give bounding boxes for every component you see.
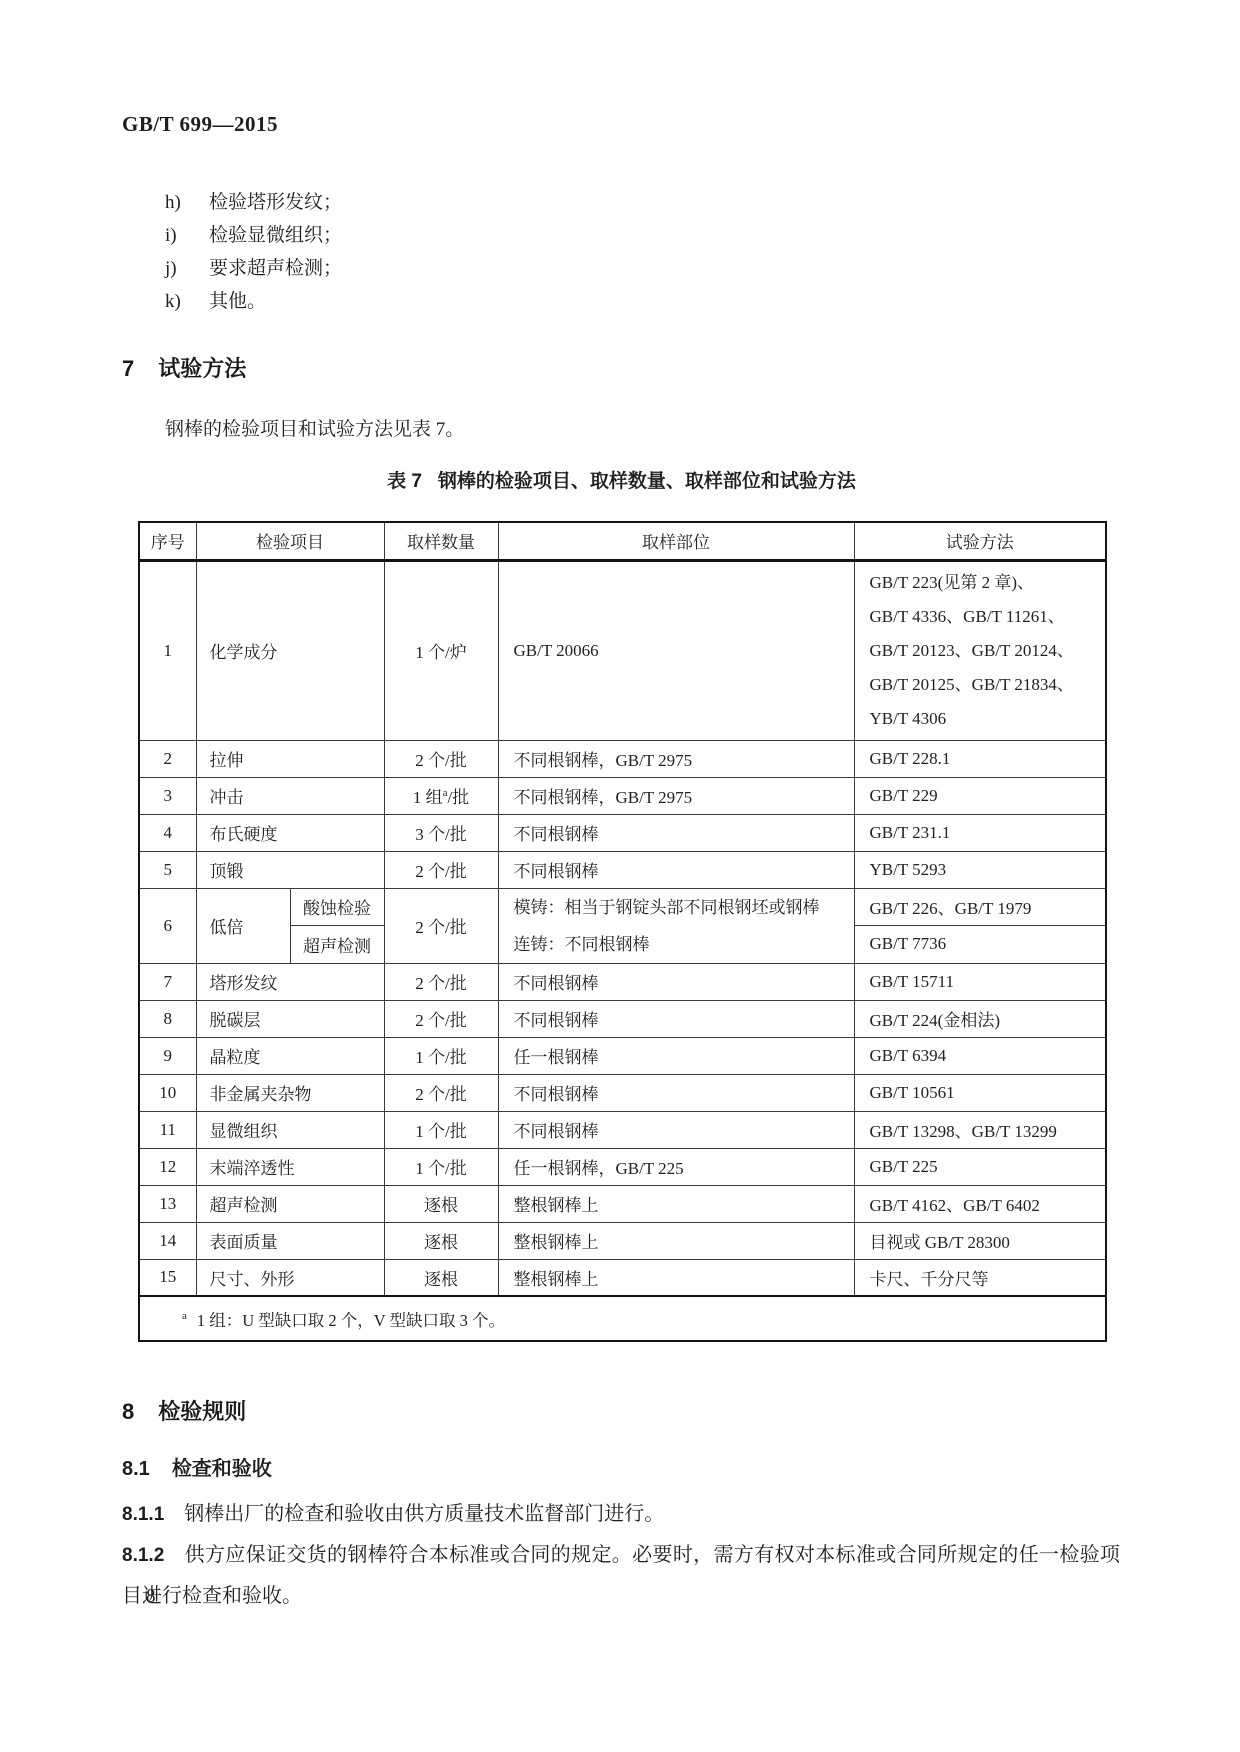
method-cell: GB/T 224(金相法) <box>854 1000 1106 1037</box>
qty-cell: 2 个/批 <box>384 1074 498 1111</box>
section-7-heading: 7试验方法 <box>122 352 246 383</box>
table-row: 6低倍酸蚀检验2 个/批模铸：相当于钢锭头部不同根钢坯或钢棒连铸：不同根钢棒GB… <box>139 888 1106 926</box>
section-8-1-heading: 8.1检查和验收 <box>122 1452 272 1481</box>
item-cell: 尺寸、外形 <box>196 1259 384 1296</box>
subitem-cell: 超声检测 <box>290 926 384 964</box>
standard-number: GB/T 699—2015 <box>122 112 278 137</box>
location-cell: 不同根钢棒 <box>498 814 854 851</box>
section-7-paragraph: 钢棒的检验项目和试验方法见表 7。 <box>165 414 464 441</box>
table-row: 12末端淬透性1 个/批任一根钢棒，GB/T 225GB/T 225 <box>139 1148 1106 1185</box>
seq-cell: 1 <box>139 560 196 740</box>
item-cell: 超声检测 <box>196 1185 384 1222</box>
table-caption-number: 表 7 <box>387 471 422 492</box>
seq-cell: 11 <box>139 1111 196 1148</box>
header-location: 取样部位 <box>498 522 854 560</box>
subsection-title: 检查和验收 <box>172 1458 272 1480</box>
seq-cell: 5 <box>139 851 196 888</box>
list-item-text: 检验显微组织； <box>209 225 342 246</box>
location-cell: 不同根钢棒 <box>498 963 854 1000</box>
table-7: 序号 检验项目 取样数量 取样部位 试验方法 1化学成分1 个/炉GB/T 20… <box>138 521 1107 1342</box>
location-cell: 整根钢棒上 <box>498 1259 854 1296</box>
qty-cell: 2 个/批 <box>384 740 498 777</box>
table-row: 3冲击1 组a/批不同根钢棒，GB/T 2975GB/T 229 <box>139 777 1106 814</box>
table-row: 7塔形发纹2 个/批不同根钢棒GB/T 15711 <box>139 963 1106 1000</box>
method-cell: 卡尺、千分尺等 <box>854 1259 1106 1296</box>
document-page: GB/T 699—2015 h)检验塔形发纹； i)检验显微组织； j)要求超声… <box>0 0 1240 1752</box>
table-row: 5顶锻2 个/批不同根钢棒YB/T 5293 <box>139 851 1106 888</box>
header-item: 检验项目 <box>196 522 384 560</box>
table-footnote: a1 组：U 型缺口取 2 个，V 型缺口取 3 个。 <box>139 1296 1106 1341</box>
seq-cell: 12 <box>139 1148 196 1185</box>
table-row: 4布氏硬度3 个/批不同根钢棒GB/T 231.1 <box>139 814 1106 851</box>
subitem-cell: 酸蚀检验 <box>290 888 384 926</box>
qty-cell: 逐根 <box>384 1222 498 1259</box>
qty-cell: 1 个/批 <box>384 1111 498 1148</box>
location-cell: 不同根钢棒 <box>498 1074 854 1111</box>
qty-cell: 1 个/炉 <box>384 560 498 740</box>
item-cell: 低倍 <box>196 888 290 963</box>
table-7-caption: 表 7钢棒的检验项目、取样数量、取样部位和试验方法 <box>138 466 1105 493</box>
section-number: 7 <box>122 356 134 381</box>
item-cell: 冲击 <box>196 777 384 814</box>
method-line: GB/T 20125、GB/T 21834、 <box>870 668 1106 702</box>
table-row: 2拉伸2 个/批不同根钢棒，GB/T 2975GB/T 228.1 <box>139 740 1106 777</box>
method-line: GB/T 20123、GB/T 20124、 <box>870 634 1106 668</box>
location-cell: 不同根钢棒 <box>498 1000 854 1037</box>
location-line: 连铸：不同根钢棒 <box>514 926 854 963</box>
clause-number: 8.1.1 <box>122 1504 164 1525</box>
section-number: 8 <box>122 1399 134 1424</box>
table-row: 13超声检测逐根整根钢棒上GB/T 4162、GB/T 6402 <box>139 1185 1106 1222</box>
section-title: 检验规则 <box>158 1399 246 1424</box>
item-cell: 非金属夹杂物 <box>196 1074 384 1111</box>
table-row: 9晶粒度1 个/批任一根钢棒GB/T 6394 <box>139 1037 1106 1074</box>
list-item-marker: i) <box>165 219 209 252</box>
table-row: 14表面质量逐根整根钢棒上目视或 GB/T 28300 <box>139 1222 1106 1259</box>
list-item: j)要求超声检测； <box>165 252 342 285</box>
seq-cell: 7 <box>139 963 196 1000</box>
method-cell: GB/T 10561 <box>854 1074 1106 1111</box>
table-header-row: 序号 检验项目 取样数量 取样部位 试验方法 <box>139 522 1106 560</box>
item-cell: 顶锻 <box>196 851 384 888</box>
list-item-marker: k) <box>165 285 209 318</box>
item-cell: 晶粒度 <box>196 1037 384 1074</box>
header-qty: 取样数量 <box>384 522 498 560</box>
seq-cell: 15 <box>139 1259 196 1296</box>
qty-cell: 2 个/批 <box>384 963 498 1000</box>
location-line: 模铸：相当于钢锭头部不同根钢坯或钢棒 <box>514 889 854 926</box>
method-cell: GB/T 13298、GB/T 13299 <box>854 1111 1106 1148</box>
seq-cell: 9 <box>139 1037 196 1074</box>
item-cell: 化学成分 <box>196 560 384 740</box>
clause-text: 钢棒出厂的检查和验收由供方质量技术监督部门进行。 <box>184 1503 664 1525</box>
item-cell: 显微组织 <box>196 1111 384 1148</box>
method-cell: GB/T 225 <box>854 1148 1106 1185</box>
qty-cell: 2 个/批 <box>384 1000 498 1037</box>
seq-cell: 13 <box>139 1185 196 1222</box>
method-cell: YB/T 5293 <box>854 851 1106 888</box>
list-item: h)检验塔形发纹； <box>165 186 342 219</box>
method-cell: GB/T 4162、GB/T 6402 <box>854 1185 1106 1222</box>
location-cell: 不同根钢棒 <box>498 1111 854 1148</box>
intro-list: h)检验塔形发纹； i)检验显微组织； j)要求超声检测； k)其他。 <box>165 186 342 318</box>
footnote-marker: a <box>182 1310 187 1322</box>
qty-cell: 2 个/批 <box>384 851 498 888</box>
item-cell: 表面质量 <box>196 1222 384 1259</box>
footnote-cell: a1 组：U 型缺口取 2 个，V 型缺口取 3 个。 <box>139 1296 1106 1341</box>
seq-cell: 10 <box>139 1074 196 1111</box>
method-cell: GB/T 7736 <box>854 926 1106 964</box>
qty-cell: 1 组a/批 <box>384 777 498 814</box>
location-cell: 不同根钢棒，GB/T 2975 <box>498 777 854 814</box>
location-cell: 不同根钢棒 <box>498 851 854 888</box>
seq-cell: 2 <box>139 740 196 777</box>
header-method: 试验方法 <box>854 522 1106 560</box>
footnote-text: 1 组：U 型缺口取 2 个，V 型缺口取 3 个。 <box>197 1311 505 1330</box>
location-cell: 任一根钢棒 <box>498 1037 854 1074</box>
table-row: 15尺寸、外形逐根整根钢棒上卡尺、千分尺等 <box>139 1259 1106 1296</box>
header-seq: 序号 <box>139 522 196 560</box>
table-caption-title: 钢棒的检验项目、取样数量、取样部位和试验方法 <box>438 471 856 492</box>
location-cell: 整根钢棒上 <box>498 1185 854 1222</box>
section-title: 试验方法 <box>158 356 246 381</box>
seq-cell: 8 <box>139 1000 196 1037</box>
table-row: 11显微组织1 个/批不同根钢棒GB/T 13298、GB/T 13299 <box>139 1111 1106 1148</box>
method-cell: 目视或 GB/T 28300 <box>854 1222 1106 1259</box>
table-row: 10非金属夹杂物2 个/批不同根钢棒GB/T 10561 <box>139 1074 1106 1111</box>
table-header: 序号 检验项目 取样数量 取样部位 试验方法 <box>139 522 1106 560</box>
clause-number: 8.1.2 <box>122 1545 164 1566</box>
method-line: GB/T 4336、GB/T 11261、 <box>870 600 1106 634</box>
qty-cell: 逐根 <box>384 1185 498 1222</box>
item-cell: 布氏硬度 <box>196 814 384 851</box>
qty-cell: 1 个/批 <box>384 1037 498 1074</box>
table-body: 1化学成分1 个/炉GB/T 20066GB/T 223(见第 2 章)、GB/… <box>139 560 1106 1296</box>
section-8-clauses: 8.1.1钢棒出厂的检查和验收由供方质量技术监督部门进行。 8.1.2供方应保证… <box>122 1494 1120 1616</box>
method-cell: GB/T 15711 <box>854 963 1106 1000</box>
list-item-marker: j) <box>165 252 209 285</box>
list-item-marker: h) <box>165 186 209 219</box>
seq-cell: 6 <box>139 888 196 963</box>
clause-text: 供方应保证交货的钢棒符合本标准或合同的规定。必要时，需方有权对本标准或合同所规定… <box>122 1544 1120 1607</box>
item-cell: 末端淬透性 <box>196 1148 384 1185</box>
method-cell: GB/T 231.1 <box>854 814 1106 851</box>
method-cell: GB/T 226、GB/T 1979 <box>854 888 1106 926</box>
list-item-text: 要求超声检测； <box>209 258 342 279</box>
qty-cell: 逐根 <box>384 1259 498 1296</box>
clause-8-1-1: 8.1.1钢棒出厂的检查和验收由供方质量技术监督部门进行。 <box>122 1494 1120 1535</box>
method-cell: GB/T 229 <box>854 777 1106 814</box>
location-cell: 不同根钢棒，GB/T 2975 <box>498 740 854 777</box>
seq-cell: 14 <box>139 1222 196 1259</box>
item-cell: 塔形发纹 <box>196 963 384 1000</box>
footnote-ref: a <box>443 787 448 799</box>
method-line: YB/T 4306 <box>870 702 1106 736</box>
qty-cell: 2 个/批 <box>384 888 498 963</box>
list-item: k)其他。 <box>165 285 342 318</box>
location-cell: 任一根钢棒，GB/T 225 <box>498 1148 854 1185</box>
location-cell: GB/T 20066 <box>498 560 854 740</box>
qty-cell: 3 个/批 <box>384 814 498 851</box>
qty-cell: 1 个/批 <box>384 1148 498 1185</box>
item-cell: 脱碳层 <box>196 1000 384 1037</box>
table-row: 8脱碳层2 个/批不同根钢棒GB/T 224(金相法) <box>139 1000 1106 1037</box>
list-item-text: 检验塔形发纹； <box>209 192 342 213</box>
section-8-heading: 8检验规则 <box>122 1395 246 1426</box>
table-row: 1化学成分1 个/炉GB/T 20066GB/T 223(见第 2 章)、GB/… <box>139 560 1106 740</box>
seq-cell: 4 <box>139 814 196 851</box>
method-line: GB/T 223(见第 2 章)、 <box>870 566 1106 600</box>
location-cell: 模铸：相当于钢锭头部不同根钢坯或钢棒连铸：不同根钢棒 <box>498 888 854 963</box>
method-cell: GB/T 223(见第 2 章)、GB/T 4336、GB/T 11261、GB… <box>854 560 1106 740</box>
footnote-row: a1 组：U 型缺口取 2 个，V 型缺口取 3 个。 <box>139 1296 1106 1341</box>
list-item-text: 其他。 <box>209 291 266 312</box>
list-item: i)检验显微组织； <box>165 219 342 252</box>
method-cell: GB/T 6394 <box>854 1037 1106 1074</box>
location-cell: 整根钢棒上 <box>498 1222 854 1259</box>
seq-cell: 3 <box>139 777 196 814</box>
method-cell: GB/T 228.1 <box>854 740 1106 777</box>
page-number: 8 <box>146 1586 156 1608</box>
clause-8-1-2: 8.1.2供方应保证交货的钢棒符合本标准或合同的规定。必要时，需方有权对本标准或… <box>122 1535 1120 1616</box>
item-cell: 拉伸 <box>196 740 384 777</box>
subsection-number: 8.1 <box>122 1458 150 1480</box>
